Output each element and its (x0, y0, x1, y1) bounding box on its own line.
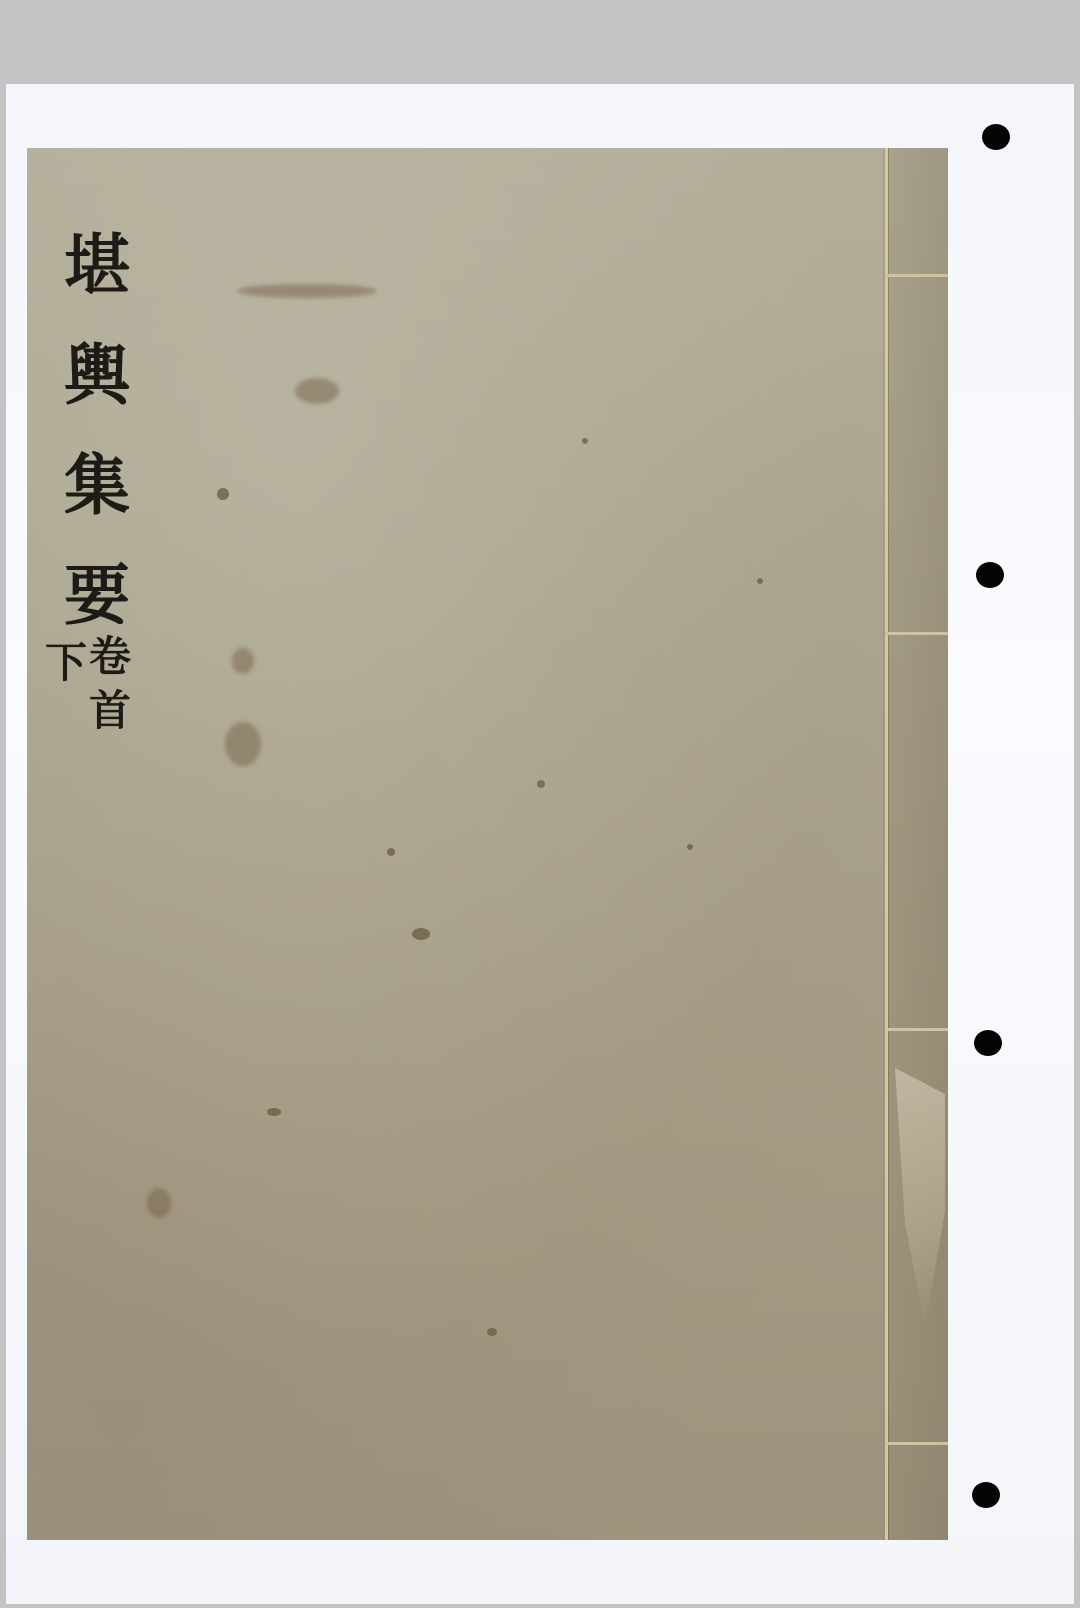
paper-speck (387, 848, 395, 856)
punch-hole-icon (972, 1482, 1000, 1508)
book-title: 堪 輿 集 要 (47, 210, 147, 650)
volume-label: 下 卷 首 (45, 636, 131, 744)
paper-speck (582, 438, 588, 444)
punch-hole-icon (974, 1030, 1002, 1056)
binding-stitch (885, 1442, 948, 1445)
binding-edge (883, 148, 948, 1540)
volume-label-char: 首 (89, 690, 131, 744)
paper-stain (147, 1188, 171, 1218)
title-char: 堪 (64, 210, 130, 320)
title-char: 集 (64, 430, 130, 540)
binding-stitch (885, 632, 948, 635)
paper-stain (295, 378, 339, 404)
binding-thread (885, 148, 888, 1540)
paper-speck (412, 928, 430, 940)
book-cover: 堪 輿 集 要 下 卷 首 (27, 148, 948, 1540)
paper-speck (757, 578, 763, 584)
volume-part-char: 下 (45, 642, 87, 696)
paper-stain (232, 648, 254, 674)
title-char: 輿 (64, 320, 130, 430)
paper-speck (537, 780, 545, 788)
punch-hole-icon (982, 124, 1010, 150)
binding-stitch (885, 274, 948, 277)
volume-label-char: 卷 (89, 636, 131, 690)
paper-speck (217, 488, 229, 500)
paper-speck (687, 844, 693, 850)
paper-stain (225, 722, 261, 766)
paper-stain (237, 284, 377, 298)
paper-speck (267, 1108, 281, 1116)
binding-stitch (885, 1028, 948, 1031)
paper-speck (487, 1328, 497, 1336)
punch-hole-icon (976, 562, 1004, 588)
